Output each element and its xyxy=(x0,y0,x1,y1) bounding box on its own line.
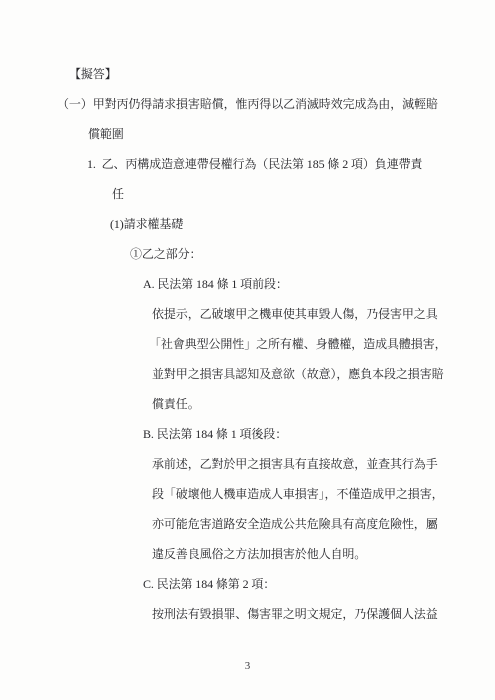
document-line: 【擬答】 xyxy=(0,59,495,89)
document-line: 段「破壞他人機車造成人車損害」，不僅造成甲之損害， xyxy=(0,479,495,509)
document-line: 亦可能危害道路安全造成公共危險具有高度危險性，屬 xyxy=(0,509,495,539)
document-line: 償責任。 xyxy=(0,389,495,419)
document-line: 並對甲之損害具認知及意欲（故意），應負本段之損害賠 xyxy=(0,359,495,389)
document-line: B. 民法第 184 條 1 項後段： xyxy=(0,419,495,449)
document-line: 「社會典型公開性」之所有權、身體權，造成具體損害， xyxy=(0,329,495,359)
document-line: A. 民法第 184 條 1 項前段： xyxy=(0,269,495,299)
document-page: 【擬答】（一）甲對丙仍得請求損害賠償，惟丙得以乙消滅時效完成為由，減輕賠償範圍1… xyxy=(0,0,495,700)
document-line: ①乙之部分： xyxy=(0,239,495,269)
document-line: (1)請求權基礎 xyxy=(0,209,495,239)
document-body: 【擬答】（一）甲對丙仍得請求損害賠償，惟丙得以乙消滅時效完成為由，減輕賠償範圍1… xyxy=(0,59,495,629)
document-line: 任 xyxy=(0,179,495,209)
document-line: 違反善良風俗之方法加損害於他人自明。 xyxy=(0,539,495,569)
document-line: 依提示，乙破壞甲之機車使其車毀人傷，乃侵害甲之具 xyxy=(0,299,495,329)
document-line: 償範圍 xyxy=(0,119,495,149)
document-line: 承前述，乙對於甲之損害具有直接故意，並查其行為手 xyxy=(0,449,495,479)
document-line: （一）甲對丙仍得請求損害賠償，惟丙得以乙消滅時效完成為由，減輕賠 xyxy=(0,89,495,119)
document-line: 1. 乙、丙構成造意連帶侵權行為（民法第 185 條 2 項）負連帶責 xyxy=(0,149,495,179)
document-line: C. 民法第 184 條第 2 項： xyxy=(0,569,495,599)
document-line: 按刑法有毀損罪、傷害罪之明文規定，乃保護個人法益 xyxy=(0,599,495,629)
page-number: 3 xyxy=(0,656,495,676)
